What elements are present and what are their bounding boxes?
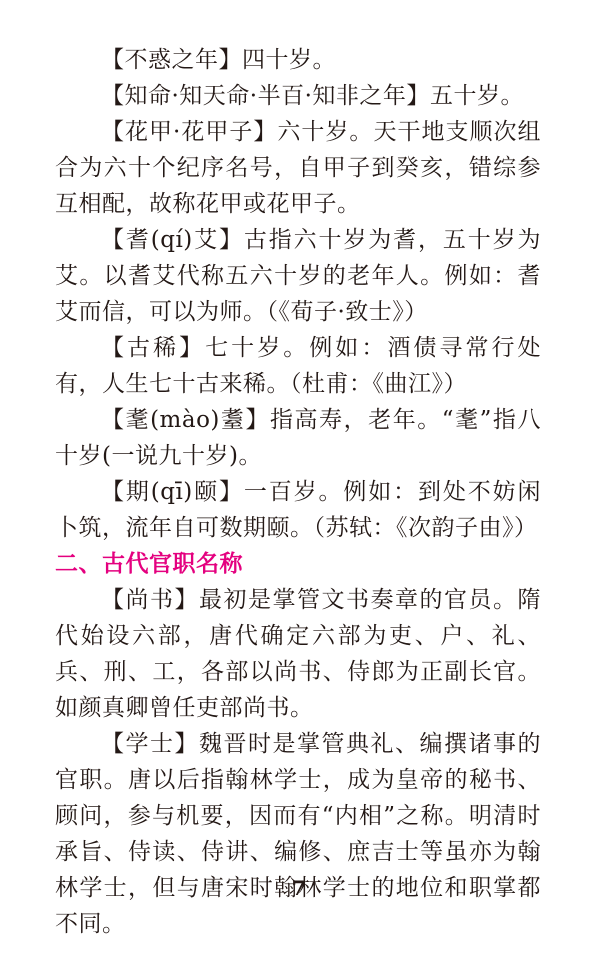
entry-text: 魏晋时是掌管典礼、编撰诸事的官职。唐以后指翰林学士，成为皇帝的秘书、顾问，参与机… xyxy=(55,731,541,937)
entry-term: 【学士】 xyxy=(101,731,199,757)
page-number: 7 xyxy=(0,876,597,900)
entry-zhiming: 【知命·知天命·半百·知非之年】五十岁。 xyxy=(55,78,541,114)
entry-text: 四十岁。 xyxy=(242,47,336,73)
entry-guxi: 【古稀】七十岁。例如：酒债寻常行处有，人生七十古来稀。（杜甫：《曲江》） xyxy=(55,330,541,402)
entry-term: 【耄(mào)耋】 xyxy=(101,407,270,433)
page-content: 【不惑之年】四十岁。 【知命·知天命·半百·知非之年】五十岁。 【花甲·花甲子】… xyxy=(55,42,541,942)
entry-term: 【古稀】 xyxy=(101,335,205,361)
entry-xueshi: 【学士】魏晋时是掌管典礼、编撰诸事的官职。唐以后指翰林学士，成为皇帝的秘书、顾问… xyxy=(55,726,541,942)
entry-shangshu: 【尚书】最初是掌管文书奏章的官员。隋代始设六部，唐代确定六部为吏、户、礼、兵、刑… xyxy=(55,582,541,726)
entry-term: 【期(qī)颐】 xyxy=(101,479,244,505)
entry-term: 【不惑之年】 xyxy=(101,47,242,73)
entry-term: 【花甲·花甲子】 xyxy=(101,119,277,145)
entry-term: 【知命·知天命·半百·知非之年】 xyxy=(101,83,430,109)
entry-buhuo: 【不惑之年】四十岁。 xyxy=(55,42,541,78)
entry-text: 五十岁。 xyxy=(430,83,524,109)
entry-qiyi: 【期(qī)颐】一百岁。例如：到处不妨闲卜筑，流年自可数期颐。（苏轼：《次韵子由… xyxy=(55,474,541,546)
entry-term: 【尚书】 xyxy=(101,587,199,613)
entry-qiai: 【耆(qí)艾】古指六十岁为耆，五十岁为艾。以耆艾代称五六十岁的老年人。例如：耆… xyxy=(55,222,541,330)
entry-huajia: 【花甲·花甲子】六十岁。天干地支顺次组合为六十个纪序名号，自甲子到癸亥，错综参互… xyxy=(55,114,541,222)
section-heading: 二、古代官职名称 xyxy=(55,546,541,582)
entry-maodie: 【耄(mào)耋】指高寿，老年。“耄”指八十岁(一说九十岁)。 xyxy=(55,402,541,474)
entry-term: 【耆(qí)艾】 xyxy=(101,227,244,253)
